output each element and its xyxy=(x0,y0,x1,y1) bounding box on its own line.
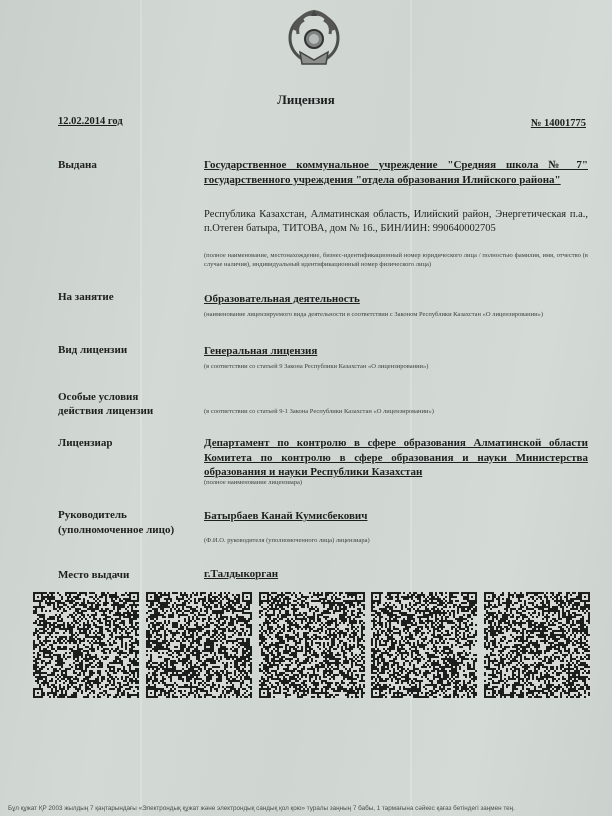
special-conditions-note: (в соответствии со статьей 9-1 Закона Ре… xyxy=(204,407,588,416)
issued-to-label: Выдана xyxy=(58,158,97,173)
issued-to-value: Государственное коммунальное учреждение … xyxy=(204,158,588,187)
licensor-value: Департамент по контролю в сфере образова… xyxy=(204,436,588,480)
qr-code-1 xyxy=(33,592,139,698)
activity-value: Образовательная деятельность xyxy=(204,292,588,307)
license-type-label: Вид лицензии xyxy=(58,343,127,358)
license-type-value: Генеральная лицензия xyxy=(204,344,588,359)
activity-note: (наименование лицензируемого вида деятел… xyxy=(204,310,588,319)
special-conditions-label-1: Особые условия xyxy=(58,390,138,405)
licensor-note: (полное наименование лицензиара) xyxy=(204,478,588,487)
license-number: № 14001775 xyxy=(531,118,586,129)
place-value: г.Талдыкорган xyxy=(204,567,588,582)
qr-code-5 xyxy=(484,592,590,698)
special-conditions-label-2: действия лицензии xyxy=(58,404,153,419)
head-value: Батырбаев Канай Кумисбекович xyxy=(204,509,588,524)
document-title: Лицензия xyxy=(0,92,612,108)
issue-date: 12.02.2014 год xyxy=(58,116,123,127)
state-emblem-icon xyxy=(286,8,342,68)
legal-footer: Бұл құжат ҚР 2003 жылдың 7 қаңтарындағы … xyxy=(8,805,608,812)
issued-to-address: Республика Казахстан, Алматинская област… xyxy=(204,208,588,235)
activity-label: На занятие xyxy=(58,290,114,305)
head-label-1: Руководитель xyxy=(58,508,127,523)
head-note: (Ф.И.О. руководителя (уполномоченного ли… xyxy=(204,536,588,545)
head-label-2: (уполномоченное лицо) xyxy=(58,523,174,538)
licensor-label: Лицензиар xyxy=(58,436,112,451)
license-type-note: (в соответствии со статьей 9 Закона Респ… xyxy=(204,362,588,371)
qr-code-3 xyxy=(259,592,365,698)
qr-code-2 xyxy=(146,592,252,698)
qr-code-4 xyxy=(371,592,477,698)
issued-to-note: (полное наименование, местонахождение, б… xyxy=(204,251,588,269)
place-label: Место выдачи xyxy=(58,568,129,583)
